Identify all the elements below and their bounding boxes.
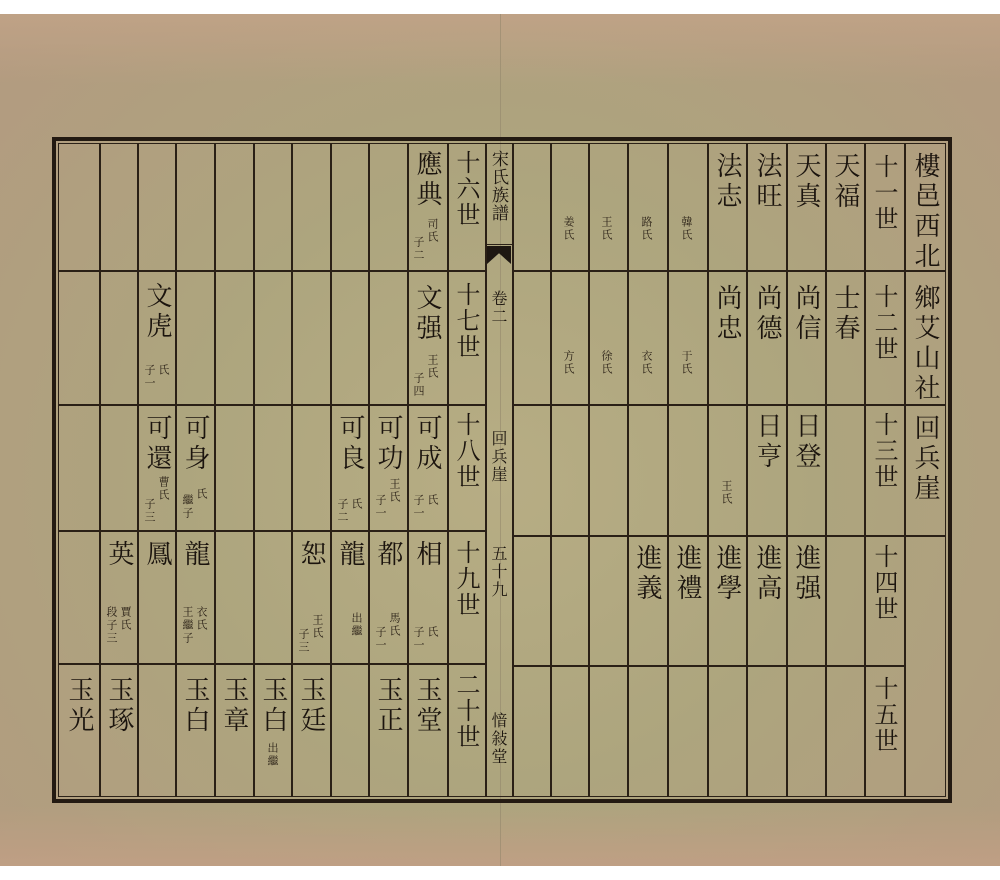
person-name: 進義 [632,544,662,604]
column-divider [214,143,216,797]
spouse-note: 曹氏 [157,476,170,502]
person-name: 天福 [830,152,860,212]
location-heading-2: 鄉艾山社 [910,284,940,404]
person-name: 可良 [335,414,365,474]
person-name: 都 [373,540,403,570]
generation-label: 十八世 [452,412,480,490]
location-heading-3: 回兵崖 [910,414,940,504]
person-name: 可功 [373,414,403,474]
person-name: 文强 [412,284,442,344]
spouse-note: 衣氏 [640,350,653,376]
column-divider [447,143,449,797]
column-divider [707,143,709,797]
book-title: 宋氏族譜 [488,150,508,222]
spine-divider [485,143,487,797]
spouse-note: 氏 [426,626,439,639]
person-name: 玉琢 [104,676,134,736]
children-note: 子一 [374,626,387,652]
column-divider [330,143,332,797]
spouse-note: 方氏 [562,350,575,376]
column-divider [175,143,177,797]
spouse-note: 王氏 [388,478,401,504]
person-name: 玉正 [373,676,403,736]
generation-label: 十四世 [870,544,898,622]
spouse-note: 王氏 [720,480,733,506]
person-name: 玉白 [180,676,210,736]
person-name: 玉堂 [412,676,442,736]
spouse-note: 賈氏 [119,606,132,632]
generation-label: 十九世 [452,540,480,618]
column-divider [786,143,788,797]
children-note: 子一 [412,626,425,652]
hall-name: 愔敍堂 [489,712,507,766]
children-note: 子四 [412,372,425,398]
person-name: 可身 [180,414,210,474]
spouse-note: 氏 [195,488,208,501]
column-divider [904,143,906,797]
spouse-note: 姜氏 [562,216,575,242]
children-note: 子三 [143,498,156,524]
person-name: 玉光 [64,676,94,736]
children-note: 繼子 [181,494,194,520]
column-divider [746,143,748,797]
person-name: 法旺 [752,152,782,212]
person-name: 英 [104,540,134,570]
children-note: 子一 [374,494,387,520]
spouse-note: 路氏 [640,216,653,242]
spine-title-divider [487,244,512,245]
column-divider [588,143,590,797]
column-divider [99,143,101,797]
generation-label: 十五世 [870,676,898,754]
spouse-note: 于氏 [680,350,693,376]
generation-label: 十三世 [870,412,898,490]
person-name: 應典 [412,150,442,210]
spouse-note: 氏 [350,498,363,511]
spouse-note: 王氏 [426,354,439,380]
person-name: 可還 [142,414,172,474]
person-name: 龍 [335,540,365,570]
person-name: 進高 [752,544,782,604]
children-note: 王繼子 [181,606,194,645]
row-divider [512,535,946,537]
row-divider [58,663,485,665]
generation-label: 十六世 [452,150,480,228]
person-name: 日亨 [752,412,782,472]
person-name: 可成 [412,414,442,474]
column-divider [550,143,552,797]
children-note: 子一 [412,494,425,520]
person-name: 玉廷 [296,676,326,736]
person-name: 法志 [712,152,742,212]
spouse-note: 王氏 [600,216,613,242]
person-name: 玉白 [258,676,288,736]
person-name: 相 [412,540,442,570]
person-name: 進學 [712,544,742,604]
children-note: 子一 [143,364,156,390]
spine-divider [512,143,514,797]
column-divider [825,143,827,797]
person-name: 士春 [830,284,860,344]
spouse-note: 氏 [426,494,439,507]
children-note: 子二 [412,236,425,262]
children-note: 段子三 [105,606,118,645]
person-name: 進强 [791,544,821,604]
spouse-note: 司氏 [426,218,439,244]
children-note: 子三 [297,628,310,654]
person-name: 文虎 [142,282,172,342]
children-note: 子二 [336,498,349,524]
generation-label: 十二世 [870,284,898,362]
spouse-note: 馬氏 [388,612,401,638]
person-name: 進禮 [672,544,702,604]
spouse-note: 衣氏 [195,606,208,632]
row-divider [58,404,485,406]
column-divider [368,143,370,797]
column-divider [864,143,866,797]
column-divider [407,143,409,797]
person-name: 尚忠 [712,284,742,344]
row-divider [904,404,946,406]
row-divider [58,270,485,272]
person-name: 玉章 [219,676,249,736]
page-number: 五十九 [489,545,507,599]
volume-label: 卷二 [489,290,507,326]
person-name: 龍 [180,540,210,570]
person-name: 鳳 [142,540,172,570]
spouse-note: 王氏 [311,614,324,640]
column-divider [667,143,669,797]
location-heading-1: 樓邑西北 [910,152,940,272]
generation-label: 二十世 [452,672,480,750]
column-divider [253,143,255,797]
person-name: 天真 [791,152,821,212]
generation-label: 十一世 [870,154,898,232]
column-divider [137,143,139,797]
spouse-note: 徐氏 [600,350,613,376]
adoption-note: 出繼 [350,612,363,638]
adoption-note: 出繼 [266,742,279,768]
generation-label: 十七世 [452,282,480,360]
person-name: 日登 [791,412,821,472]
column-divider [291,143,293,797]
row-divider [58,530,485,532]
spouse-note: 韓氏 [680,216,693,242]
column-divider [627,143,629,797]
spouse-note: 氏 [157,364,170,377]
person-name: 尚信 [791,284,821,344]
person-name: 恕 [296,540,326,570]
section-label: 回兵崖 [489,430,507,484]
person-name: 尚德 [752,284,782,344]
